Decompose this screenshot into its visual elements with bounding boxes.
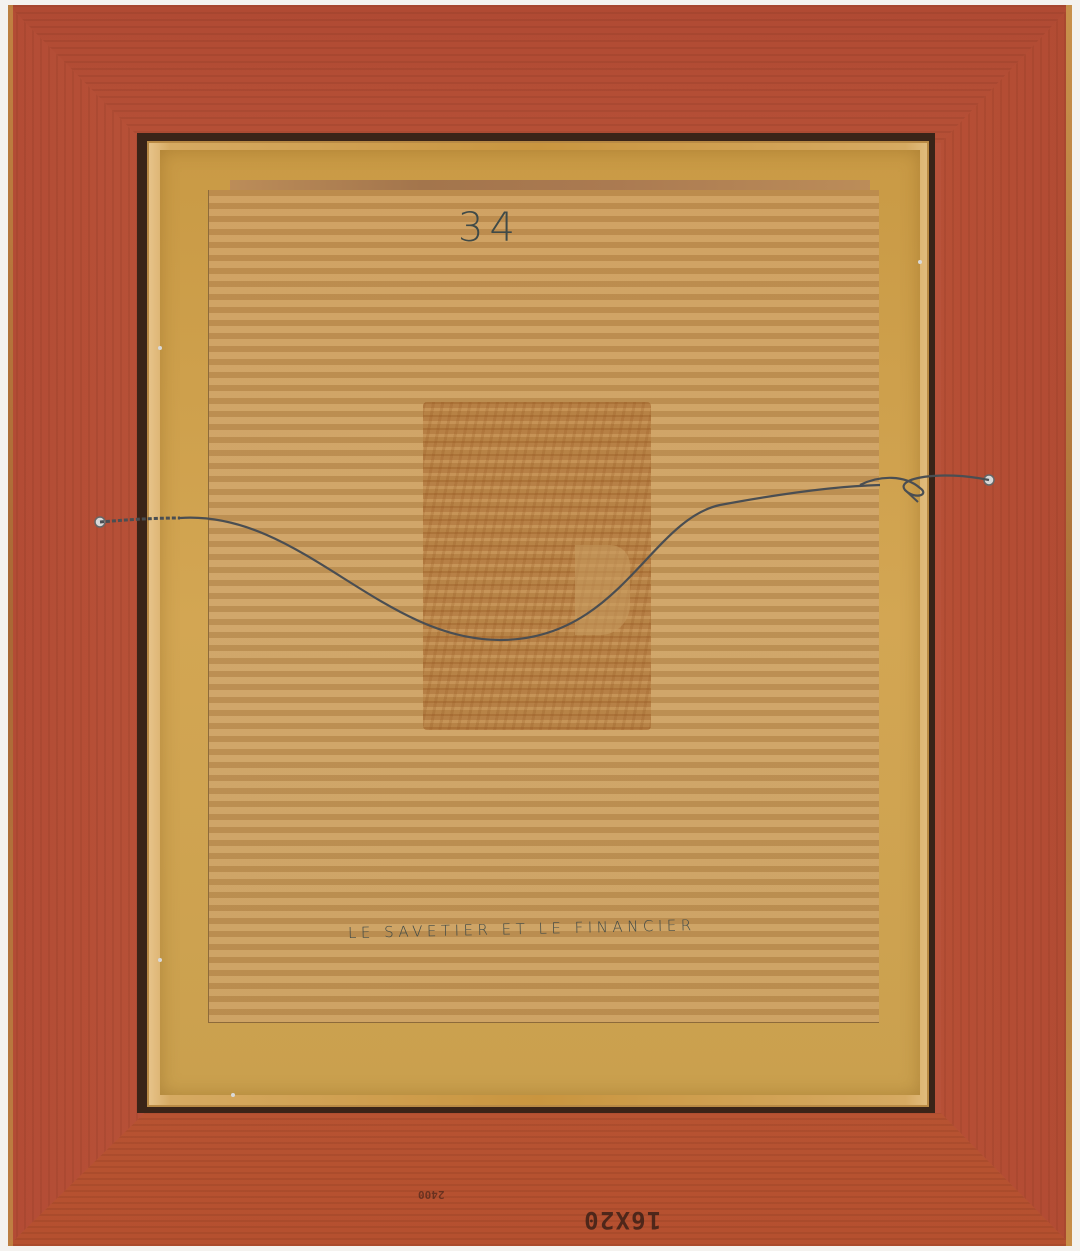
frame-gilt-edge-left (8, 5, 13, 1246)
frame-gilt-edge-right (1066, 5, 1072, 1246)
frame-size-stamp: 16X20 (583, 1206, 661, 1234)
inventory-number: 34 (458, 205, 521, 251)
frame-code-stamp: 2400 (418, 1188, 445, 1201)
stain-light-area (575, 545, 630, 635)
